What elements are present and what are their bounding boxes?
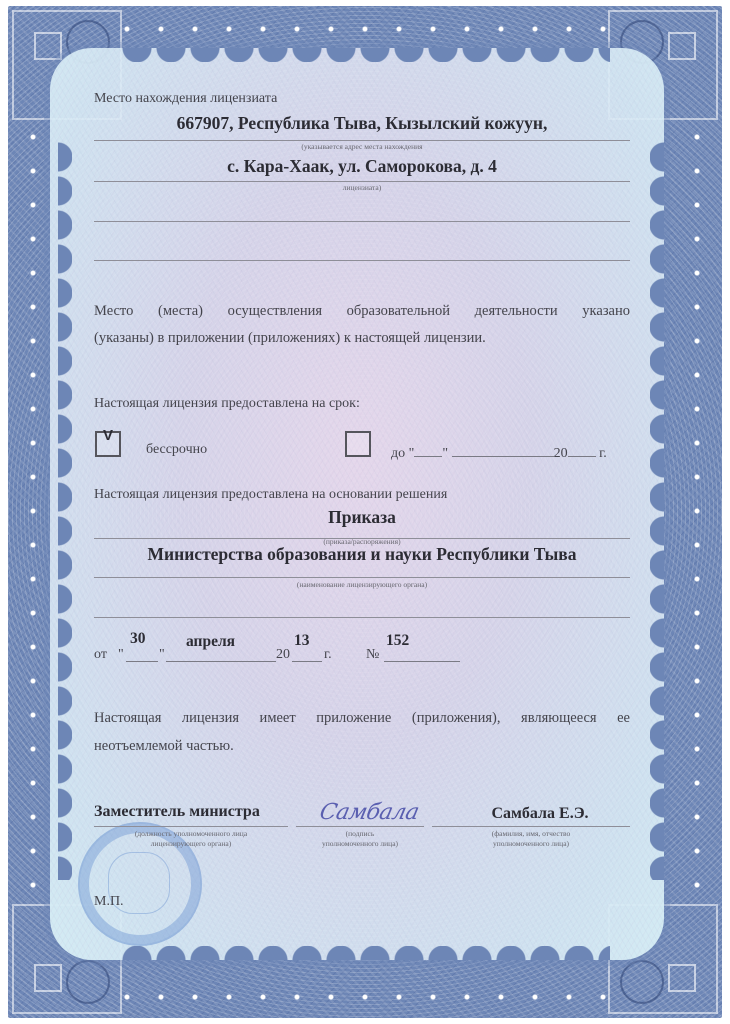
appendix-text-line-1: Настоящая лицензия имеет приложение (при…	[94, 710, 630, 727]
seal-placeholder-label: М.П.	[94, 894, 124, 910]
name-hint-1: (фамилия, имя, отчество	[432, 829, 630, 838]
term-unlimited-checkbox[interactable]: V	[95, 431, 121, 457]
activity-place-text-line-2: (указаны) в приложении (приложениях) к н…	[94, 330, 486, 347]
position-hint-1: (должность уполномоченного лица	[94, 829, 288, 838]
location-rule-3	[94, 221, 630, 222]
location-hint-1: (указывается адрес места нахождения	[94, 142, 630, 151]
term-until-prefix: до	[391, 446, 405, 461]
license-content: Место нахождения лицензиата 667907, Респ…	[0, 0, 730, 1024]
term-label: Настоящая лицензия предоставлена на срок…	[94, 396, 360, 412]
decision-type: Приказа	[94, 507, 630, 528]
term-until-quote-close: "	[442, 446, 448, 461]
term-until-year-field[interactable]	[568, 442, 596, 457]
decision-number: 152	[386, 632, 409, 650]
location-line-1: 667907, Республика Тыва, Кызылский кожуу…	[94, 113, 630, 134]
appendix-text-line-2: неотъемлемой частью.	[94, 738, 234, 755]
signatory-position: Заместитель министра	[94, 803, 260, 821]
location-hint-2: лицензиата)	[94, 183, 630, 192]
decision-date-row: от " 30 " апреля 20 13 г. № 152	[94, 630, 494, 664]
term-until-month-field[interactable]	[452, 442, 554, 457]
name-hint-2: уполномоченного лица)	[432, 839, 630, 848]
decision-from-label: от	[94, 647, 107, 663]
term-until-line: до "" 20 г.	[391, 442, 607, 462]
location-line-2: с. Кара-Хаак, ул. Саморокова, д. 4	[94, 156, 630, 177]
term-until-year-prefix: 20	[554, 446, 568, 461]
location-rule-1	[94, 140, 630, 141]
term-until-day-field[interactable]	[414, 442, 442, 457]
term-until-checkbox[interactable]	[345, 431, 371, 457]
decision-year-prefix: 20	[276, 647, 290, 663]
term-unlimited-label: бессрочно	[146, 442, 207, 458]
decision-day: 30	[130, 630, 146, 648]
position-hint-2: лицензирующего органа)	[94, 839, 288, 848]
basis-label: Настоящая лицензия предоставлена на осно…	[94, 487, 447, 503]
authority-rule-2	[94, 617, 630, 618]
location-label: Место нахождения лицензиата	[94, 91, 277, 107]
authority-hint: (наименование лицензирующего органа)	[94, 580, 630, 589]
check-mark-icon: V	[103, 427, 113, 444]
term-until-year-suffix: г.	[599, 446, 607, 461]
decision-number-label: №	[366, 647, 379, 663]
signature-rule	[296, 826, 424, 827]
activity-place-text-line-1: Место (места) осуществления образователь…	[94, 303, 630, 320]
decision-quote-close: "	[159, 647, 165, 663]
decision-year-value: 13	[294, 632, 310, 650]
authority-rule	[94, 577, 630, 578]
decision-day-field	[126, 647, 158, 662]
handwritten-signature: Самбала	[317, 800, 421, 825]
decision-month: апреля	[186, 633, 235, 651]
signatory-name: Самбала Е.Э.	[452, 805, 628, 823]
signature-hint-1: (подпись	[296, 829, 424, 838]
name-rule	[432, 826, 630, 827]
licensing-authority: Министерства образования и науки Республ…	[94, 544, 630, 565]
position-rule	[94, 826, 288, 827]
decision-year-label: г.	[324, 647, 332, 663]
decision-quote-open: "	[118, 647, 124, 663]
location-rule-4	[94, 260, 630, 261]
signature-hint-2: уполномоченного лица)	[296, 839, 424, 848]
location-rule-2	[94, 181, 630, 182]
